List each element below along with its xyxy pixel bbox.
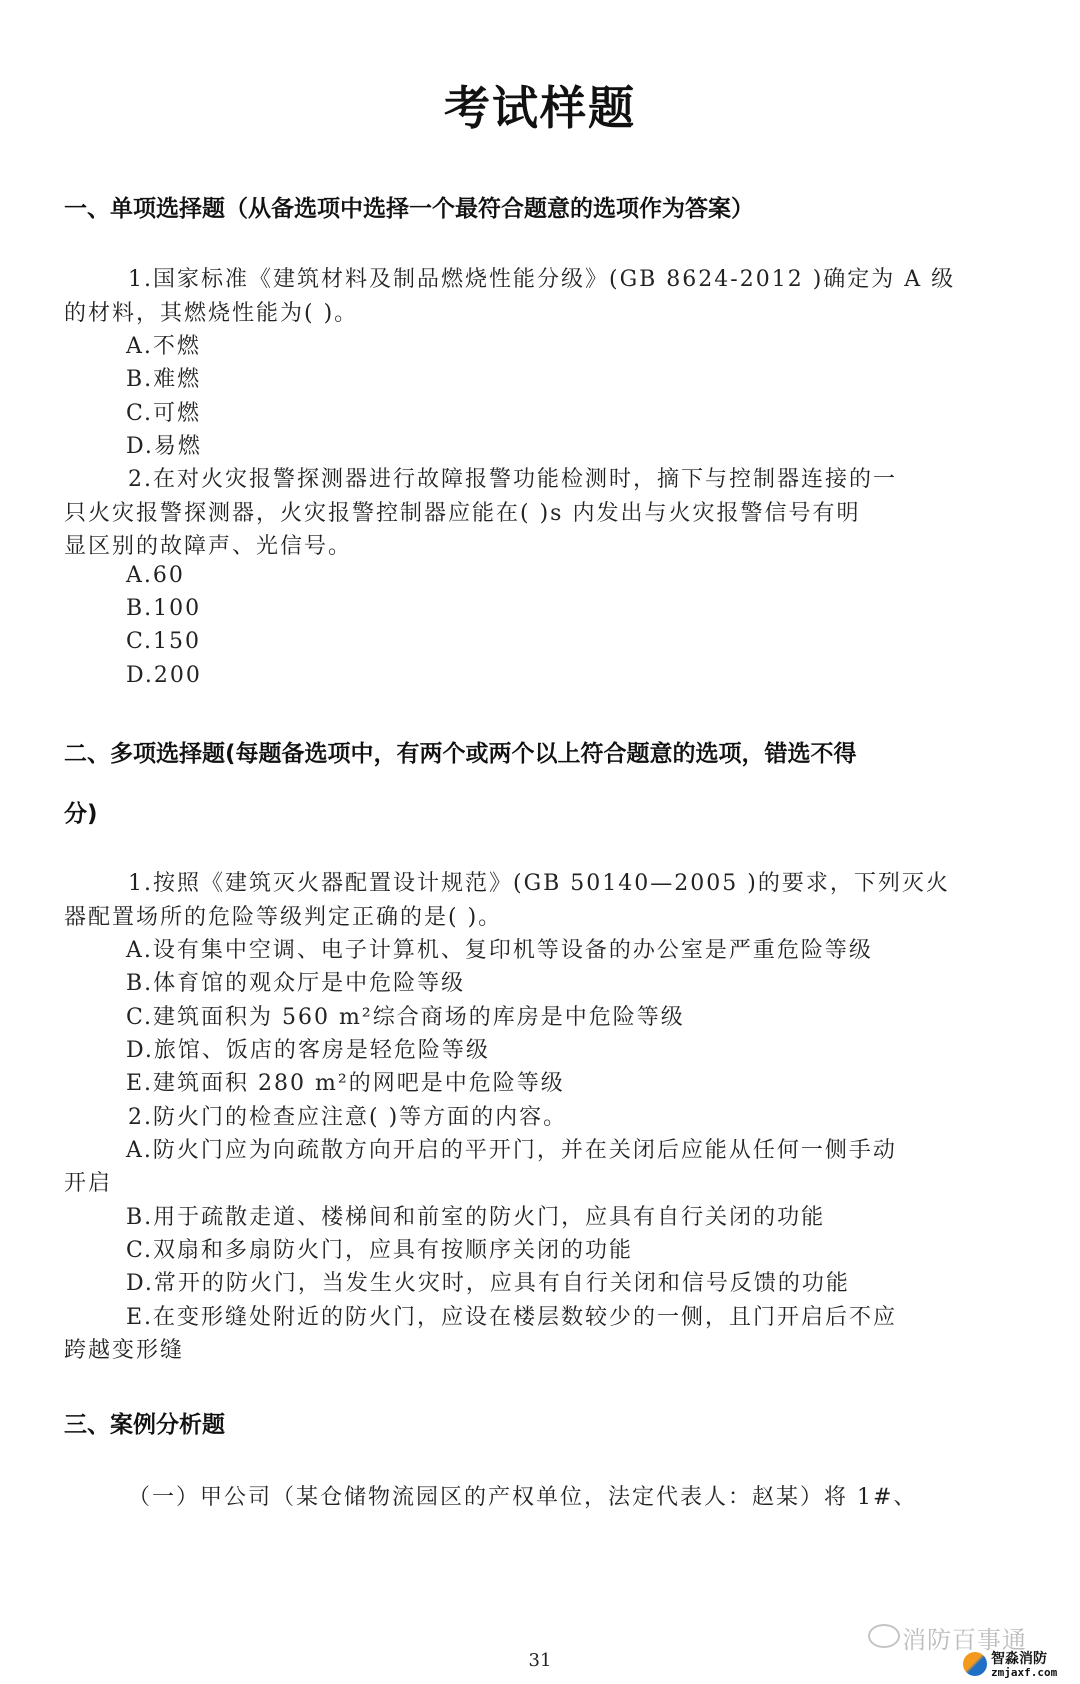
section-3-heading: 三、案例分析题	[64, 1406, 225, 1439]
s1-q1-option-d: D.易燃	[126, 429, 202, 460]
s2-q2-line-1: 2.防火门的检查应注意( )等方面的内容。	[128, 1100, 567, 1131]
s2-q2-option-c: C.双扇和多扇防火门，应具有按顺序关闭的功能	[126, 1233, 633, 1264]
s1-q1-line-1: 1.国家标准《建筑材料及制品燃烧性能分级》(GB 8624-2012 )确定为 …	[128, 262, 955, 293]
s2-q1-line-1: 1.按照《建筑灭火器配置设计规范》(GB 50140—2005 )的要求，下列灭…	[128, 866, 950, 897]
s2-q1-option-d: D.旅馆、饭店的客房是轻危险等级	[126, 1033, 490, 1064]
page-title: 考试样题	[0, 72, 1080, 138]
s1-q2-option-a: A.60	[126, 563, 185, 588]
logo-url: zmjaxf.com	[991, 1666, 1057, 1679]
s2-q1-option-b: B.体育馆的观众厅是中危险等级	[126, 966, 465, 997]
s1-q1-line-2: 的材料，其燃烧性能为( )。	[64, 296, 358, 327]
s2-q2-option-e-cont: 跨越变形缝	[64, 1333, 184, 1364]
s2-q1-option-a: A.设有集中空调、电子计算机、复印机等设备的办公室是严重危险等级	[126, 933, 873, 964]
s2-q1-option-e: E.建筑面积 280 m²的网吧是中危险等级	[126, 1066, 565, 1097]
section-2-heading-line-1: 二、多项选择题(每题备选项中，有两个或两个以上符合题意的选项，错选不得	[64, 735, 857, 768]
site-logo: 智淼消防 zmjaxf.com	[963, 1648, 1073, 1682]
s2-q2-option-e: E.在变形缝处附近的防火门，应设在楼层数较少的一侧，且门开启后不应	[126, 1300, 897, 1331]
s2-q2-option-a-cont: 开启	[64, 1166, 112, 1197]
s1-q2-line-2: 只火灾报警探测器，火灾报警控制器应能在( )s 内发出与火灾报警信号有明	[64, 496, 860, 527]
s1-q1-option-c: C.可燃	[126, 396, 201, 427]
section-1-heading: 一、单项选择题（从备选项中选择一个最符合题意的选项作为答案）	[64, 190, 754, 223]
case-intro: （一）甲公司（某仓储物流园区的产权单位，法定代表人：赵某）将 1#、	[128, 1480, 917, 1511]
s2-q2-option-a: A.防火门应为向疏散方向开启的平开门，并在关闭后应能从任何一侧手动	[126, 1133, 897, 1164]
s1-q1-option-a: A.不燃	[126, 329, 201, 360]
s1-q2-line-1: 2.在对火灾报警探测器进行故障报警功能检测时，摘下与控制器连接的一	[128, 462, 897, 493]
s1-q2-option-b: B.100	[126, 596, 201, 621]
wechat-icon	[868, 1624, 900, 1648]
s2-q1-option-c: C.建筑面积为 560 m²综合商场的库房是中危险等级	[126, 1000, 685, 1031]
s2-q2-option-d: D.常开的防火门，当发生火灾时，应具有自行关闭和信号反馈的功能	[126, 1266, 850, 1297]
logo-name: 智淼消防	[991, 1648, 1047, 1668]
s2-q1-line-2: 器配置场所的危险等级判定正确的是( )。	[64, 900, 502, 931]
s1-q2-option-d: D.200	[126, 663, 202, 688]
s1-q2-line-3: 显区别的故障声、光信号。	[64, 529, 352, 560]
s1-q1-option-b: B.难燃	[126, 362, 201, 393]
section-2-heading-line-2: 分)	[64, 795, 98, 828]
s1-q2-option-c: C.150	[126, 629, 201, 654]
s2-q2-option-b: B.用于疏散走道、楼梯间和前室的防火门，应具有自行关闭的功能	[126, 1200, 825, 1231]
logo-mark-icon	[963, 1652, 987, 1676]
